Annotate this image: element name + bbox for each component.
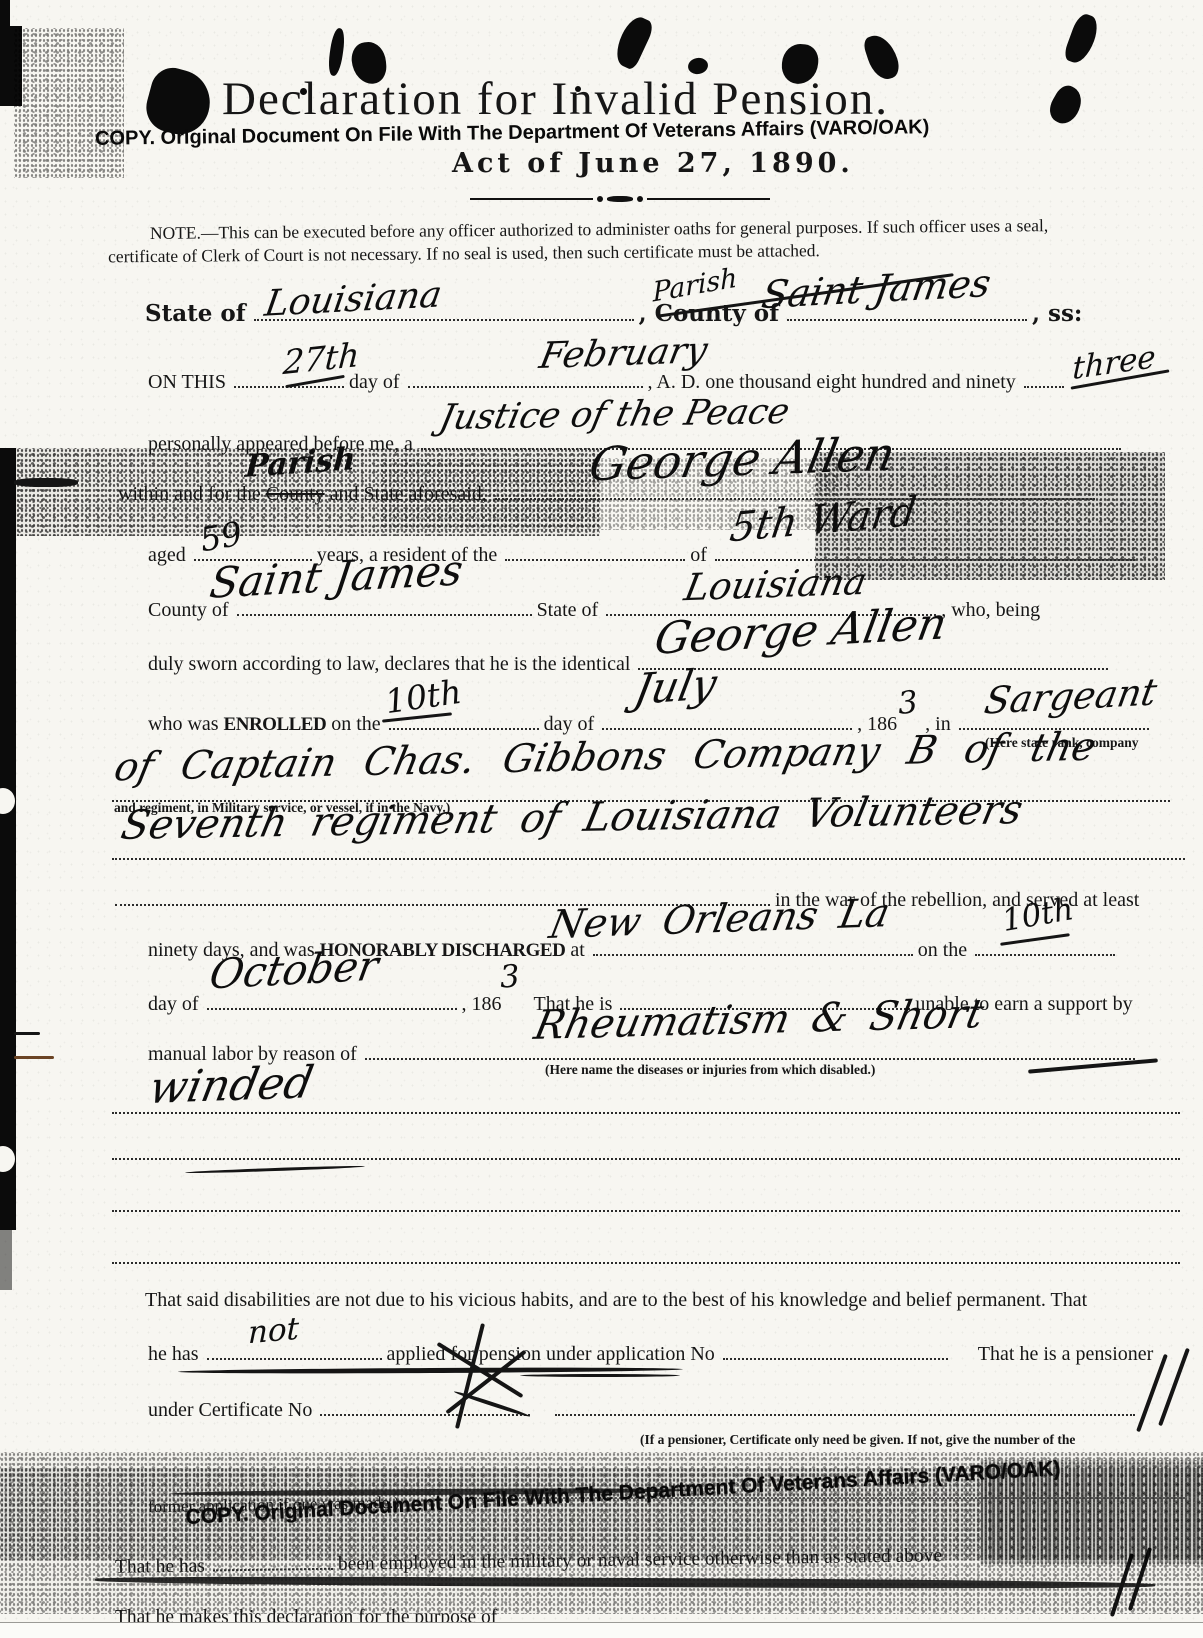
scanner-edge-strip xyxy=(0,1622,1203,1638)
divider-lozenge xyxy=(607,196,633,202)
dotted-rule xyxy=(112,1210,1180,1212)
handwritten-not: not xyxy=(248,1314,299,1350)
scan-speckle-topleft xyxy=(14,28,124,178)
handwritten-discharge-place: New Orleans La xyxy=(546,894,893,945)
handwritten-enroll-year-digit: 3 xyxy=(897,687,919,720)
handwritten-month: February xyxy=(537,333,711,375)
spacer xyxy=(953,1359,973,1360)
struck-county-word: County xyxy=(266,483,325,505)
handwritten-disability: Rheumatism & Short xyxy=(531,994,987,1046)
disabilities-row: That said disabilities are not due to hi… xyxy=(145,1288,1195,1313)
spacer xyxy=(535,1415,547,1416)
dotted-rule xyxy=(112,1262,1180,1264)
he-has-label: he has xyxy=(148,1343,199,1365)
note-paragraph: NOTE.—This can be executed before any of… xyxy=(108,214,1108,269)
ss-label: , ss: xyxy=(1032,300,1082,327)
dotted-blank xyxy=(555,1412,1135,1416)
dotted-rule xyxy=(112,1112,1180,1114)
handwritten-discharge-month: October xyxy=(206,945,381,995)
handwritten-county: Saint James xyxy=(759,264,993,314)
dotted-rule xyxy=(112,858,1185,860)
handwritten-parish-correction: Parish xyxy=(244,444,357,483)
handwritten-state-2: Louisiana xyxy=(681,563,869,607)
on-the-label: on the xyxy=(331,713,380,735)
dotted-blank xyxy=(207,1356,382,1360)
certificate-hint: (If a pensioner, Certificate only need b… xyxy=(640,1432,1075,1448)
state-of-label: State of xyxy=(145,300,246,327)
within-post: and State aforesaid, xyxy=(330,483,487,505)
dotted-blank xyxy=(365,1056,1135,1060)
dotted-blank xyxy=(505,557,685,561)
handwritten-rank: Sargeant xyxy=(982,673,1160,719)
certificate-label: under Certificate No xyxy=(148,1399,312,1421)
handwritten-enroll-day: 10th xyxy=(383,675,463,718)
dotted-blank xyxy=(207,1006,457,1010)
divider-line xyxy=(470,198,593,200)
act-line: Act of June 27, 1890. xyxy=(452,148,854,179)
handwritten-state: Louisiana xyxy=(262,277,444,323)
handwritten-enroll-month: July xyxy=(631,663,720,711)
ink-smear xyxy=(14,478,78,487)
on-this-label: ON THIS xyxy=(148,371,226,393)
dotted-blank xyxy=(602,726,852,730)
diseases-hint: (Here name the diseases or injuries from… xyxy=(545,1062,875,1078)
applied-label: applied for pension under application No xyxy=(387,1343,715,1365)
handwritten-age: 59 xyxy=(197,517,244,557)
dotted-blank xyxy=(787,317,1027,321)
divider-dot xyxy=(637,196,643,202)
dotted-blank xyxy=(715,557,1135,561)
year-printed2: , 186 xyxy=(462,993,502,1015)
binder-edge-strip xyxy=(0,448,16,1230)
handwritten-discharge-year-digit: 3 xyxy=(499,961,521,993)
on-the-label2: on the xyxy=(918,939,967,961)
enroll-day-of: day of xyxy=(544,713,595,735)
of-label: of xyxy=(690,544,707,566)
dotted-blank xyxy=(389,726,539,730)
that-he-has-label: That he has xyxy=(115,1556,205,1578)
state-of-label2: State of xyxy=(537,599,599,621)
pension-application-row: he hasapplied for pension under applicat… xyxy=(148,1342,1158,1367)
handwritten-officer-name: George Allen xyxy=(586,431,899,488)
within-pre: within and for the xyxy=(118,483,261,505)
dotted-blank xyxy=(723,1356,948,1360)
handwritten-officer-title: Justice of the Peace xyxy=(436,395,792,436)
divider-dot xyxy=(597,196,603,202)
identical-row: duly sworn according to law, declares th… xyxy=(148,652,1113,677)
ad-year-text: , A. D. one thousand eight hundred and n… xyxy=(648,371,1016,393)
binder-edge-strip-fade xyxy=(0,1230,12,1290)
dotted-rule xyxy=(112,1158,1180,1160)
disabilities-text: That said disabilities are not due to hi… xyxy=(145,1289,1087,1311)
divider-line xyxy=(647,198,770,200)
dotted-blank xyxy=(237,612,532,616)
ornamental-divider xyxy=(470,196,770,202)
pensioner-label: That he is a pensioner xyxy=(978,1343,1154,1365)
dotted-blank xyxy=(975,952,1115,956)
strike-through-line xyxy=(520,1374,680,1377)
margin-tick xyxy=(14,1032,40,1035)
who-was-label: who was xyxy=(148,713,219,735)
spacer xyxy=(507,1009,529,1010)
handwritten-disability-2: winded xyxy=(146,1061,317,1111)
margin-tick xyxy=(14,1056,54,1059)
dotted-blank xyxy=(320,1412,530,1416)
handwritten-day: 27th xyxy=(282,338,360,379)
who-being-label: , who, being xyxy=(941,599,1040,621)
certificate-row: under Certificate No xyxy=(148,1398,1140,1423)
dotted-blank xyxy=(1024,384,1064,388)
dotted-blank xyxy=(408,384,643,388)
dotted-blank xyxy=(593,952,913,956)
aged-label: aged xyxy=(148,544,186,566)
scanned-pension-declaration-page: Declaration for Invalid Pension. COPY. O… xyxy=(0,0,1203,1638)
day-of-label2: day of xyxy=(148,993,199,1015)
enrolled-word: ENROLLED xyxy=(224,714,327,735)
identical-label: duly sworn according to law, declares th… xyxy=(148,653,630,675)
dotted-blank xyxy=(213,1566,333,1572)
